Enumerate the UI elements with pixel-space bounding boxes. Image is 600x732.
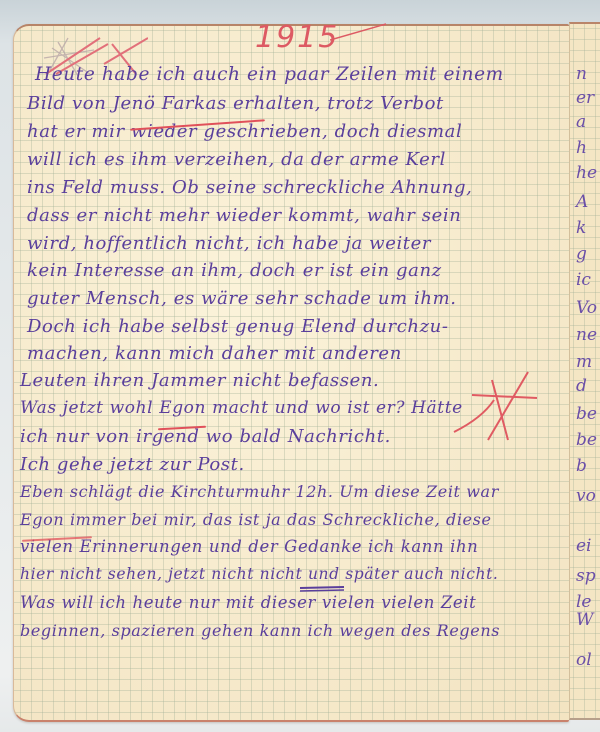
next-page-fragment: vo: [576, 486, 596, 506]
diary-line: Heute habe ich auch ein paar Zeilen mit …: [35, 64, 504, 85]
next-page-fragment: sp: [576, 566, 596, 586]
diary-line: vielen Erinnerungen und der Gedanke ich …: [20, 537, 478, 556]
next-page-fragment: a: [576, 112, 586, 132]
next-page-fragment: ne: [576, 325, 597, 345]
diary-line: hat er mir wieder geschrieben, doch dies…: [27, 121, 462, 142]
next-page-fragment: W: [576, 610, 593, 630]
next-page-fragment: Vo: [576, 298, 597, 318]
next-page-fragment: ei: [576, 536, 592, 556]
next-page-fragment: k: [576, 218, 586, 238]
next-page-fragment: g: [576, 244, 587, 264]
next-page-fragment: h: [576, 138, 587, 158]
diary-line: wird, hoffentlich nicht, ich habe ja wei…: [27, 233, 431, 254]
next-page-fragment: be: [576, 404, 597, 424]
next-page-fragment: d: [576, 376, 587, 396]
diary-line: Was will ich heute nur mit dieser vielen…: [20, 593, 476, 612]
diary-line: machen, kann mich daher mit anderen: [27, 343, 402, 364]
year-heading: 1915: [255, 20, 339, 55]
next-page-fragment: b: [576, 456, 587, 476]
diary-line: Was jetzt wohl Egon macht und wo ist er?…: [20, 398, 463, 418]
diary-line: ins Feld muss. Ob seine schreckliche Ahn…: [27, 177, 472, 198]
next-page-fragment: ol: [576, 650, 592, 670]
diary-line: hier nicht sehen, jetzt nicht nicht und …: [20, 565, 498, 583]
next-page-fragment: ic: [576, 270, 591, 290]
diary-line: kein Interesse an ihm, doch er ist ein g…: [27, 260, 442, 281]
next-page-fragment: m: [576, 352, 592, 372]
next-page-fragment: le: [576, 592, 592, 612]
diary-line: Bild von Jenö Farkas erhalten, trotz Ver…: [27, 93, 444, 114]
diary-line: beginnen, spazieren gehen kann ich wegen…: [20, 621, 500, 640]
diary-line: dass er nicht mehr wieder kommt, wahr se…: [27, 205, 461, 226]
next-page-fragment: be: [576, 430, 597, 450]
diary-line: Leuten ihren Jammer nicht befassen.: [20, 370, 379, 391]
strikethrough-mark: [298, 582, 346, 594]
diary-line: Ich gehe jetzt zur Post.: [20, 454, 245, 475]
diary-line: Egon immer bei mir, das ist ja das Schre…: [20, 510, 492, 529]
diary-line: guter Mensch, es wäre sehr schade um ihm…: [27, 288, 457, 309]
next-page-fragment: n: [576, 64, 587, 84]
diary-line: Doch ich habe selbst genug Elend durchzu…: [27, 316, 449, 337]
next-page-fragment: A: [576, 192, 588, 212]
diary-line: will ich es ihm verzeihen, da der arme K…: [27, 149, 446, 170]
year-stroke: [330, 22, 390, 42]
diary-line: Eben schlägt die Kirchturmuhr 12h. Um di…: [20, 482, 499, 501]
next-page-fragment: er: [576, 88, 594, 108]
next-page-fragment: he: [576, 163, 597, 183]
red-cross-mark-icon: [452, 370, 542, 445]
diary-line: ich nur von irgend wo bald Nachricht.: [20, 426, 391, 447]
